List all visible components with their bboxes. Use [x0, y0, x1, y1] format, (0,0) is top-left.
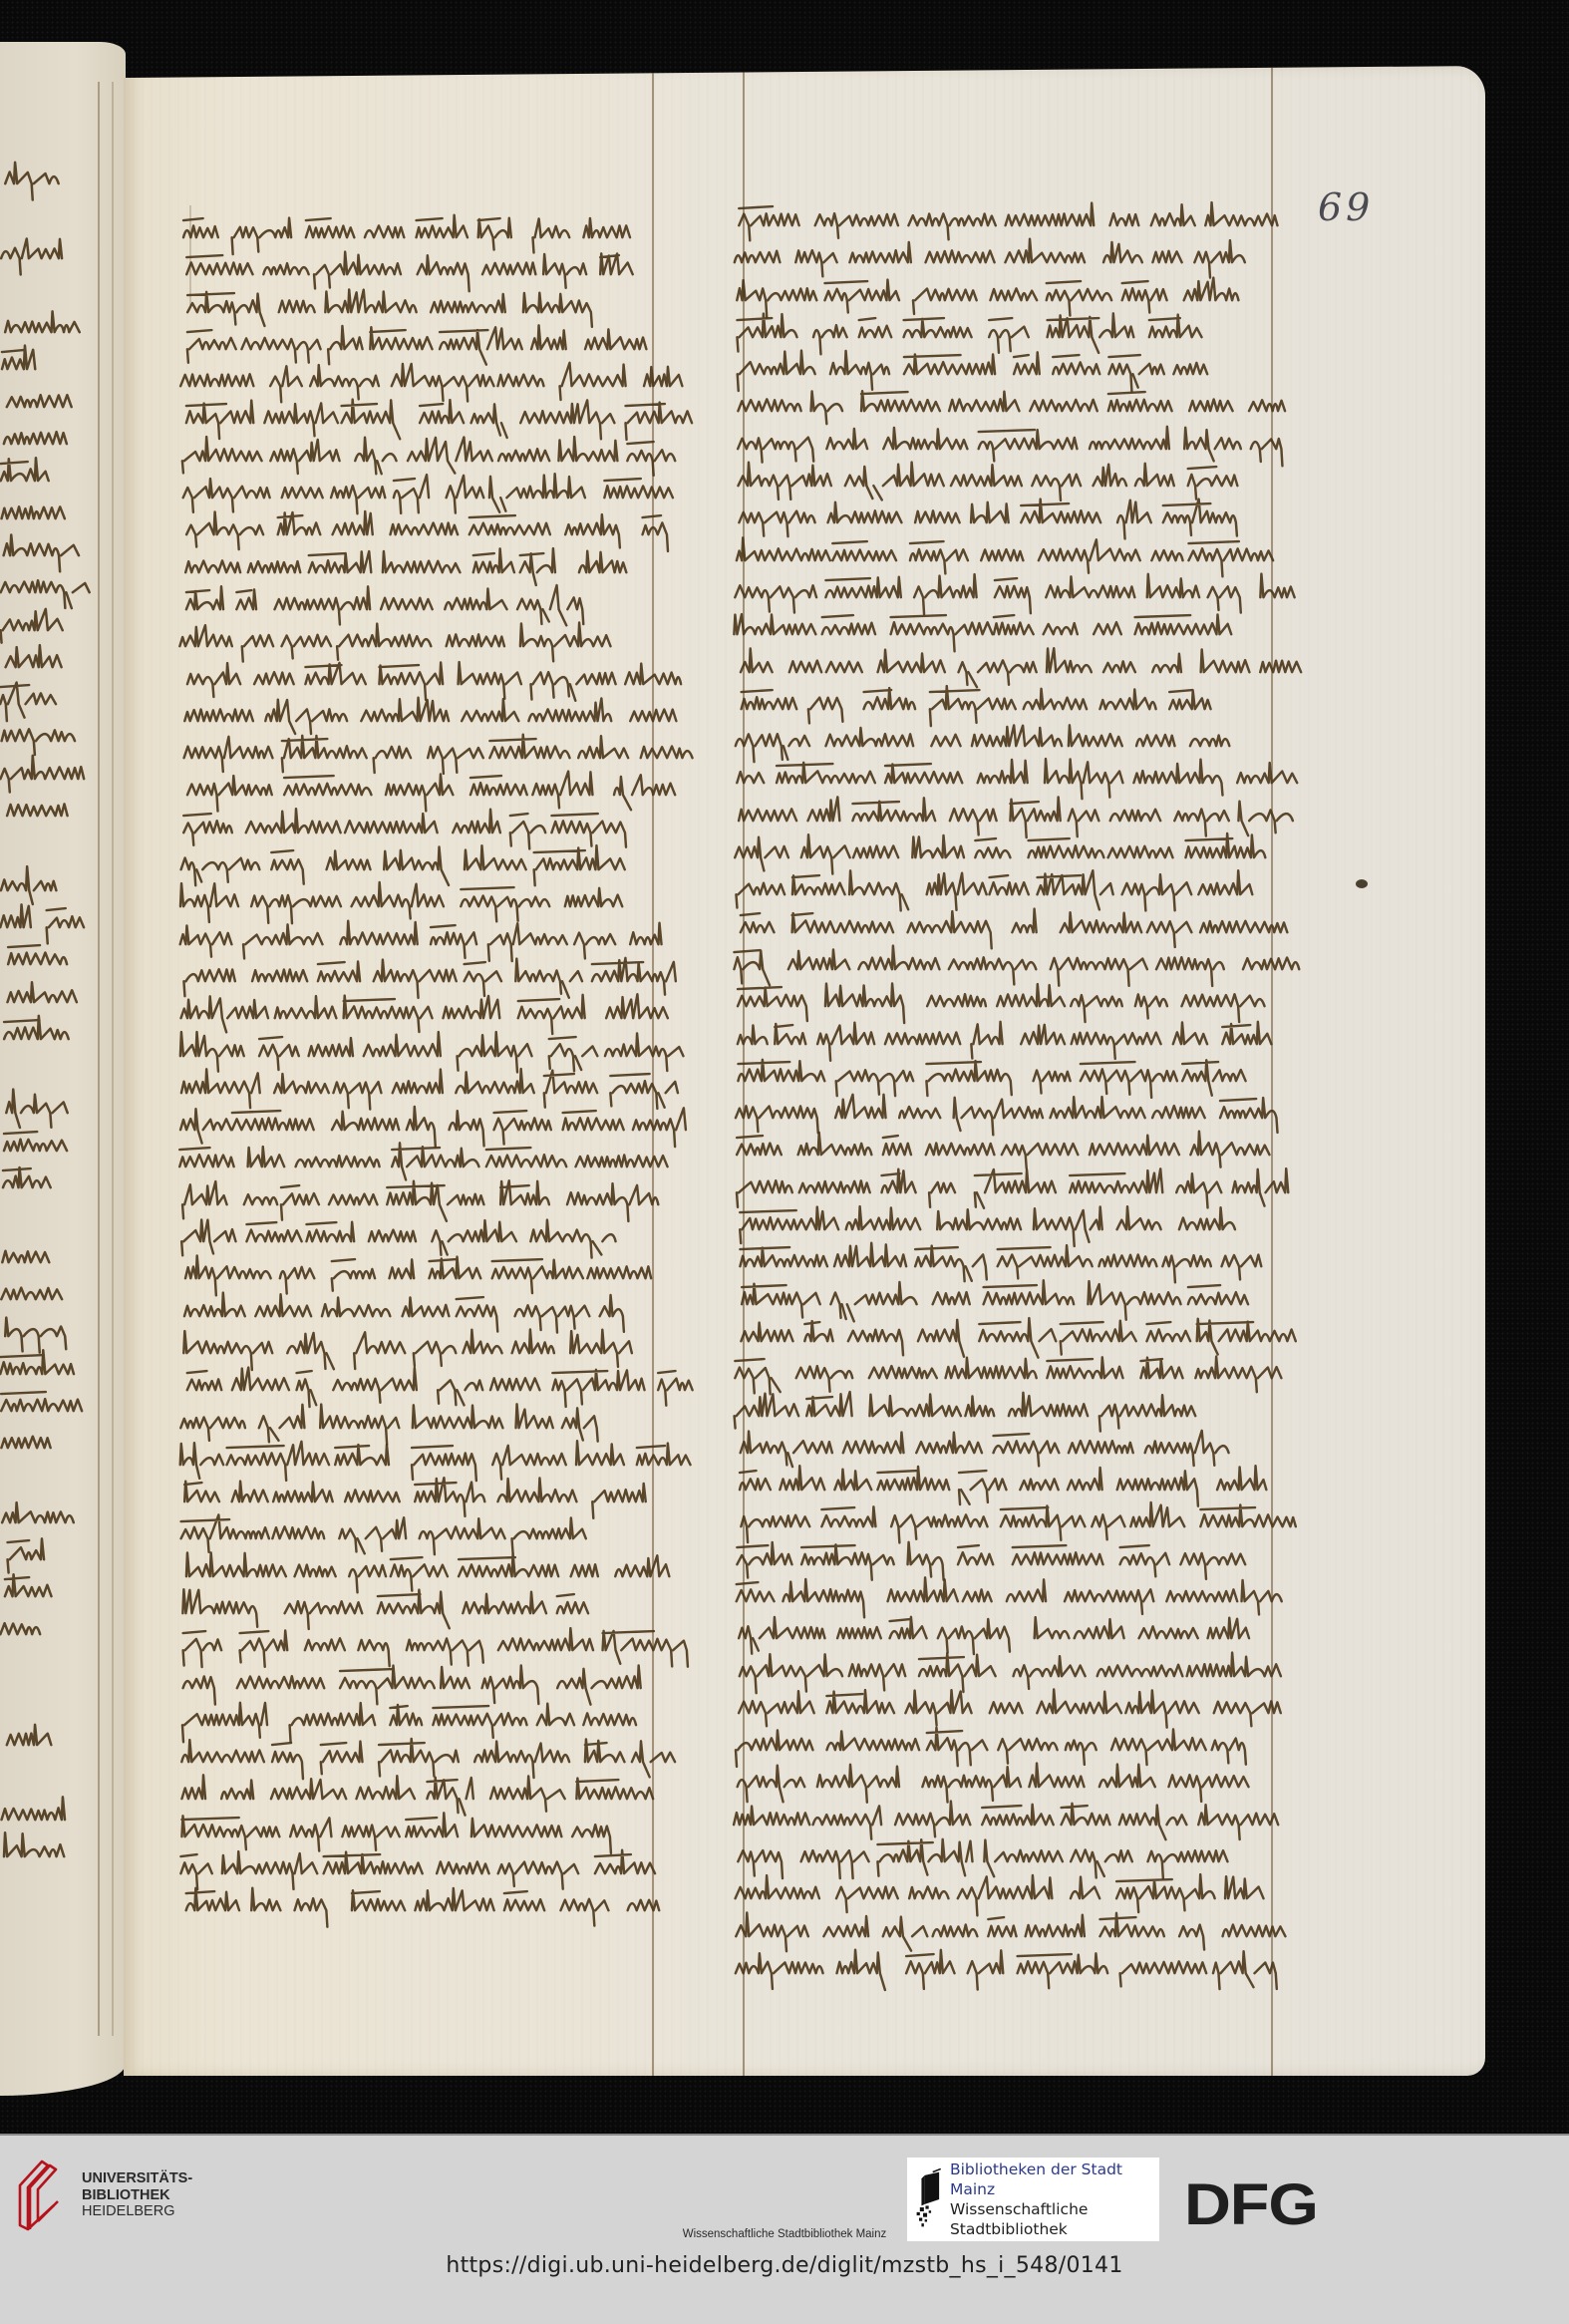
handwritten-line — [179, 697, 698, 734]
handwritten-line — [0, 1535, 100, 1572]
handwritten-line — [0, 1127, 100, 1163]
handwritten-line — [734, 1874, 1304, 1911]
handwritten-line — [0, 1089, 100, 1126]
handwritten-line — [179, 1069, 698, 1106]
handwritten-line — [0, 271, 100, 308]
handwritten-line — [179, 1849, 698, 1886]
handwritten-line — [0, 568, 100, 605]
handwritten-line — [179, 1404, 698, 1441]
handwritten-line — [734, 1131, 1304, 1167]
handwritten-line — [734, 1949, 1304, 1986]
handwritten-line — [0, 1387, 100, 1424]
handwritten-line — [179, 1180, 698, 1217]
handwritten-line — [179, 920, 698, 957]
handwritten-line — [734, 1614, 1304, 1651]
handwritten-line — [0, 1759, 100, 1796]
handwritten-line — [0, 308, 100, 345]
facing-page-text — [0, 160, 100, 1870]
handwritten-line — [179, 1143, 698, 1179]
handwritten-line — [734, 1429, 1304, 1466]
handwritten-line — [0, 1238, 100, 1275]
handwritten-line — [734, 833, 1304, 870]
handwritten-line — [179, 1626, 698, 1663]
handwritten-line — [179, 1032, 698, 1069]
handwritten-line — [734, 1094, 1304, 1131]
handwritten-line — [179, 1106, 698, 1143]
handwritten-line — [179, 660, 698, 697]
handwritten-line — [734, 685, 1304, 722]
handwritten-line — [0, 643, 100, 680]
handwritten-line — [734, 945, 1304, 982]
handwritten-line — [734, 1205, 1304, 1242]
handwritten-line — [179, 325, 698, 362]
handwritten-line — [179, 510, 698, 547]
handwritten-line — [0, 1498, 100, 1535]
holding-library-label: Wissenschaftliche Stadtbibliothek Mainz — [0, 2228, 1569, 2240]
handwritten-line — [0, 234, 100, 271]
handwritten-line — [734, 1168, 1304, 1205]
handwritten-line — [0, 1015, 100, 1052]
handwritten-line — [0, 1647, 100, 1684]
text-column-1 — [179, 213, 698, 1924]
handwritten-line — [0, 792, 100, 829]
handwritten-line — [734, 1652, 1304, 1689]
handwritten-line — [0, 680, 100, 717]
handwritten-line — [734, 1242, 1304, 1279]
handwritten-line — [734, 1392, 1304, 1429]
handwritten-line — [734, 1540, 1304, 1577]
footer: UNIVERSITÄTS- BIBLIOTHEK HEIDELBERG Bibl… — [0, 2134, 1569, 2324]
handwritten-line — [0, 383, 100, 420]
mainz-logo-line1: Bibliotheken der Stadt Mainz — [950, 2159, 1159, 2199]
handwritten-line — [179, 1514, 698, 1551]
handwritten-line — [734, 350, 1304, 387]
handwritten-line — [734, 1057, 1304, 1094]
handwritten-line — [179, 771, 698, 808]
handwritten-line — [179, 845, 698, 882]
heidelberg-university-library-logo[interactable]: UNIVERSITÄTS- BIBLIOTHEK HEIDELBERG — [14, 2156, 192, 2235]
handwritten-line — [734, 722, 1304, 759]
handwritten-line — [0, 420, 100, 457]
facing-page-left — [0, 42, 126, 2096]
handwritten-line — [0, 866, 100, 903]
handwritten-line — [179, 882, 698, 919]
handwritten-line — [0, 1350, 100, 1387]
handwritten-line — [179, 585, 698, 622]
handwritten-line — [0, 1052, 100, 1089]
handwritten-line — [179, 809, 698, 845]
handwritten-line — [0, 1424, 100, 1461]
text-column-2 — [734, 201, 1304, 1986]
handwritten-line — [734, 1689, 1304, 1726]
handwritten-line — [734, 238, 1304, 275]
handwritten-line — [179, 399, 698, 436]
handwritten-line — [0, 531, 100, 568]
handwritten-line — [0, 1163, 100, 1200]
handwritten-line — [179, 1664, 698, 1701]
handwritten-line — [0, 755, 100, 792]
handwritten-line — [734, 536, 1304, 573]
handwritten-line — [179, 1552, 698, 1589]
handwritten-line — [734, 908, 1304, 945]
uni-logo-line2: BIBLIOTHEK — [82, 2187, 192, 2204]
handwritten-line — [734, 797, 1304, 833]
handwritten-line — [734, 1466, 1304, 1502]
handwritten-line — [0, 1796, 100, 1832]
handwritten-line — [179, 1738, 698, 1775]
heidelberg-book-icon — [14, 2156, 74, 2235]
handwritten-line — [0, 160, 100, 196]
handwritten-line — [179, 1292, 698, 1329]
handwritten-line — [0, 1610, 100, 1647]
handwritten-line — [179, 250, 698, 287]
handwritten-line — [0, 1200, 100, 1237]
handwritten-line — [179, 1775, 698, 1812]
handwritten-line — [734, 462, 1304, 498]
handwritten-line — [179, 288, 698, 325]
handwritten-line — [179, 1217, 698, 1254]
handwritten-line — [734, 313, 1304, 350]
manuscript-page: 69 — [124, 66, 1485, 2076]
handwritten-line — [0, 1721, 100, 1758]
handwritten-line — [734, 1837, 1304, 1874]
handwritten-line — [734, 201, 1304, 238]
handwritten-line — [734, 573, 1304, 610]
handwritten-line — [0, 829, 100, 865]
handwritten-line — [179, 1478, 698, 1514]
handwritten-line — [0, 1572, 100, 1609]
handwritten-line — [734, 1020, 1304, 1057]
handwritten-line — [734, 1912, 1304, 1949]
uni-logo-line3: HEIDELBERG — [82, 2203, 192, 2220]
handwritten-line — [734, 610, 1304, 647]
handwritten-line — [0, 606, 100, 643]
handwritten-line — [0, 978, 100, 1015]
handwritten-line — [179, 1701, 698, 1738]
mainz-book-icon — [915, 2163, 944, 2235]
handwritten-line — [179, 622, 698, 659]
ink-blot — [1356, 879, 1368, 888]
handwritten-line — [179, 1441, 698, 1478]
handwritten-line — [734, 425, 1304, 462]
handwritten-line — [0, 1461, 100, 1497]
handwritten-line — [179, 1589, 698, 1626]
handwritten-line — [0, 1275, 100, 1312]
handwritten-line — [179, 548, 698, 585]
handwritten-line — [179, 1329, 698, 1366]
handwritten-line — [734, 1726, 1304, 1763]
uni-logo-line1: UNIVERSITÄTS- — [82, 2170, 192, 2187]
handwritten-line — [734, 1801, 1304, 1837]
handwritten-line — [734, 870, 1304, 907]
handwritten-line — [179, 362, 698, 399]
handwritten-line — [0, 940, 100, 977]
handwritten-line — [179, 437, 698, 474]
handwritten-line — [0, 1832, 100, 1869]
folio-number: 69 — [1318, 185, 1374, 229]
handwritten-line — [0, 457, 100, 494]
ruling-line — [112, 82, 114, 2036]
handwritten-line — [0, 903, 100, 940]
handwritten-line — [734, 648, 1304, 685]
handwritten-line — [0, 717, 100, 754]
handwritten-line — [179, 213, 698, 250]
handwritten-line — [734, 276, 1304, 313]
handwritten-line — [734, 1317, 1304, 1354]
handwritten-line — [179, 734, 698, 771]
handwritten-line — [179, 957, 698, 994]
permalink[interactable]: https://digi.ub.uni-heidelberg.de/diglit… — [0, 2253, 1569, 2278]
handwritten-line — [0, 495, 100, 531]
handwritten-line — [734, 498, 1304, 535]
handwritten-line — [179, 474, 698, 510]
handwritten-line — [734, 759, 1304, 796]
handwritten-line — [0, 196, 100, 233]
handwritten-line — [179, 1886, 698, 1923]
manuscript-viewer: 69 — [0, 0, 1569, 2134]
handwritten-line — [734, 1577, 1304, 1614]
handwritten-line — [734, 1502, 1304, 1539]
handwritten-line — [0, 1312, 100, 1349]
handwritten-line — [734, 1280, 1304, 1317]
handwritten-line — [179, 1254, 698, 1291]
handwritten-line — [734, 1354, 1304, 1391]
handwritten-line — [734, 1763, 1304, 1800]
handwritten-line — [179, 994, 698, 1031]
handwritten-line — [179, 1366, 698, 1403]
handwritten-line — [0, 1684, 100, 1721]
handwritten-line — [734, 982, 1304, 1019]
handwritten-line — [179, 1813, 698, 1849]
handwritten-line — [734, 387, 1304, 424]
handwritten-line — [0, 345, 100, 382]
